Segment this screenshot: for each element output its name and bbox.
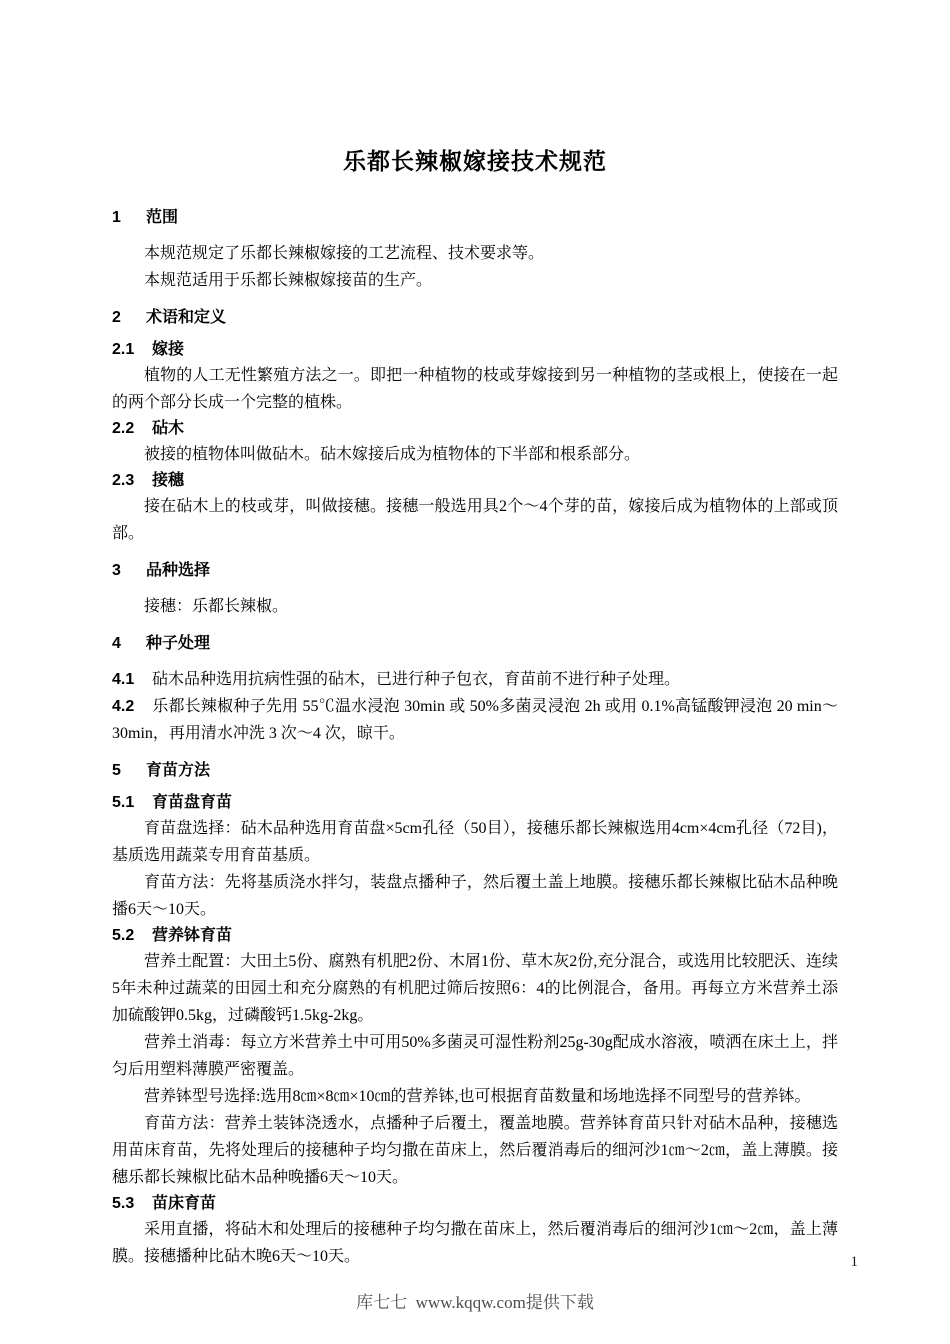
paragraph: 营养钵型号选择:选用8㎝×8㎝×10㎝的营养钵,也可根据育苗数量和场地选择不同型… [112,1083,838,1110]
paragraph: 育苗方法：先将基质浇水拌匀，装盘点播种子，然后覆土盖上地膜。接穗乐都长辣椒比砧木… [112,869,838,923]
subsection-heading-text: 育苗盘育苗 [152,794,232,811]
subsection-heading: 2.3接穗 [112,471,838,491]
section-number: 4 [112,634,146,654]
subsection-heading: 5.1育苗盘育苗 [112,793,838,813]
subsection-number: 5.3 [112,1194,152,1214]
paragraph: 营养土配置：大田土5份、腐熟有机肥2份、木屑1份、草木灰2份,充分混合，或选用比… [112,948,838,1029]
subsection-number: 2.2 [112,419,152,439]
paragraph-text: 砧木品种选用抗病性强的砧木，已进行种子包衣，育苗前不进行种子处理。 [152,671,680,688]
subsection-heading: 5.2营养钵育苗 [112,926,838,946]
document-title: 乐都长辣椒嫁接技术规范 [112,146,838,176]
section-heading-text: 种子处理 [146,635,210,652]
paragraph: 植物的人工无性繁殖方法之一。即把一种植物的枝或芽嫁接到另一种植物的茎或根上，使接… [112,362,838,416]
paragraph: 接穗：乐都长辣椒。 [112,593,838,620]
subsection-heading: 2.2砧木 [112,419,838,439]
section-heading: 3品种选择 [112,561,838,581]
watermark-footer: 库七七 www.kqqw.com提供下载 [0,1291,950,1315]
paragraph: 育苗方法：营养土装钵浇透水，点播种子后覆土，覆盖地膜。营养钵育苗只针对砧木品种，… [112,1110,838,1191]
section-heading-text: 范围 [146,209,178,226]
subsection-number: 5.2 [112,926,152,946]
paragraph-text: 乐都长辣椒种子先用 55℃温水浸泡 30min 或 50%多菌灵浸泡 2h 或用… [112,698,838,742]
section-number: 5 [112,761,146,781]
section-number: 3 [112,561,146,581]
paragraph: 本规范适用于乐都长辣椒嫁接苗的生产。 [112,267,838,294]
paragraph: 营养土消毒：每立方米营养土中可用50%多菌灵可湿性粉剂25g-30g配成水溶液，… [112,1029,838,1083]
document-page: 乐都长辣椒嫁接技术规范 1范围 本规范规定了乐都长辣椒嫁接的工艺流程、技术要求等… [0,0,950,1344]
paragraph: 本规范规定了乐都长辣椒嫁接的工艺流程、技术要求等。 [112,240,838,267]
paragraph: 育苗盘选择：砧木品种选用育苗盘×5cm孔径（50目），接穗乐都长辣椒选用4cm×… [112,815,838,869]
paragraph-number: 4.2 [112,693,152,720]
section-number: 1 [112,208,146,228]
section-seedling-methods: 5育苗方法 5.1育苗盘育苗 育苗盘选择：砧木品种选用育苗盘×5cm孔径（50目… [112,761,838,1270]
page-number: 1 [851,1252,859,1272]
section-heading-text: 育苗方法 [146,762,210,779]
subsection-heading: 5.3苗床育苗 [112,1194,838,1214]
section-seed-treatment: 4种子处理 4.1砧木品种选用抗病性强的砧木，已进行种子包衣，育苗前不进行种子处… [112,634,838,747]
section-heading-text: 术语和定义 [146,309,226,326]
numbered-paragraph: 4.2乐都长辣椒种子先用 55℃温水浸泡 30min 或 50%多菌灵浸泡 2h… [112,693,838,747]
section-heading: 4种子处理 [112,634,838,654]
subsection-heading-text: 营养钵育苗 [152,927,232,944]
section-scope: 1范围 本规范规定了乐都长辣椒嫁接的工艺流程、技术要求等。 本规范适用于乐都长辣… [112,208,838,294]
subsection-number: 2.3 [112,471,152,491]
subsection-number: 2.1 [112,340,152,360]
section-number: 2 [112,308,146,328]
numbered-paragraph: 4.1砧木品种选用抗病性强的砧木，已进行种子包衣，育苗前不进行种子处理。 [112,666,838,693]
subsection-heading-text: 嫁接 [152,341,184,358]
subsection-heading-text: 苗床育苗 [152,1195,216,1212]
subsection-heading-text: 砧木 [152,420,184,437]
paragraph: 接在砧木上的枝或芽，叫做接穗。接穗一般选用具2个～4个芽的苗，嫁接后成为植物体的… [112,493,838,547]
paragraph-number: 4.1 [112,666,152,693]
subsection-heading: 2.1嫁接 [112,340,838,360]
section-heading: 1范围 [112,208,838,228]
section-heading-text: 品种选择 [146,562,210,579]
section-heading: 5育苗方法 [112,761,838,781]
paragraph: 被接的植物体叫做砧木。砧木嫁接后成为植物体的下半部和根系部分。 [112,441,838,468]
paragraph: 采用直播，将砧木和处理后的接穗种子均匀撒在苗床上，然后覆消毒后的细河沙1㎝～2㎝… [112,1216,838,1270]
section-terms: 2术语和定义 2.1嫁接 植物的人工无性繁殖方法之一。即把一种植物的枝或芽嫁接到… [112,308,838,547]
subsection-number: 5.1 [112,793,152,813]
section-variety-selection: 3品种选择 接穗：乐都长辣椒。 [112,561,838,620]
section-heading: 2术语和定义 [112,308,838,328]
subsection-heading-text: 接穗 [152,472,184,489]
